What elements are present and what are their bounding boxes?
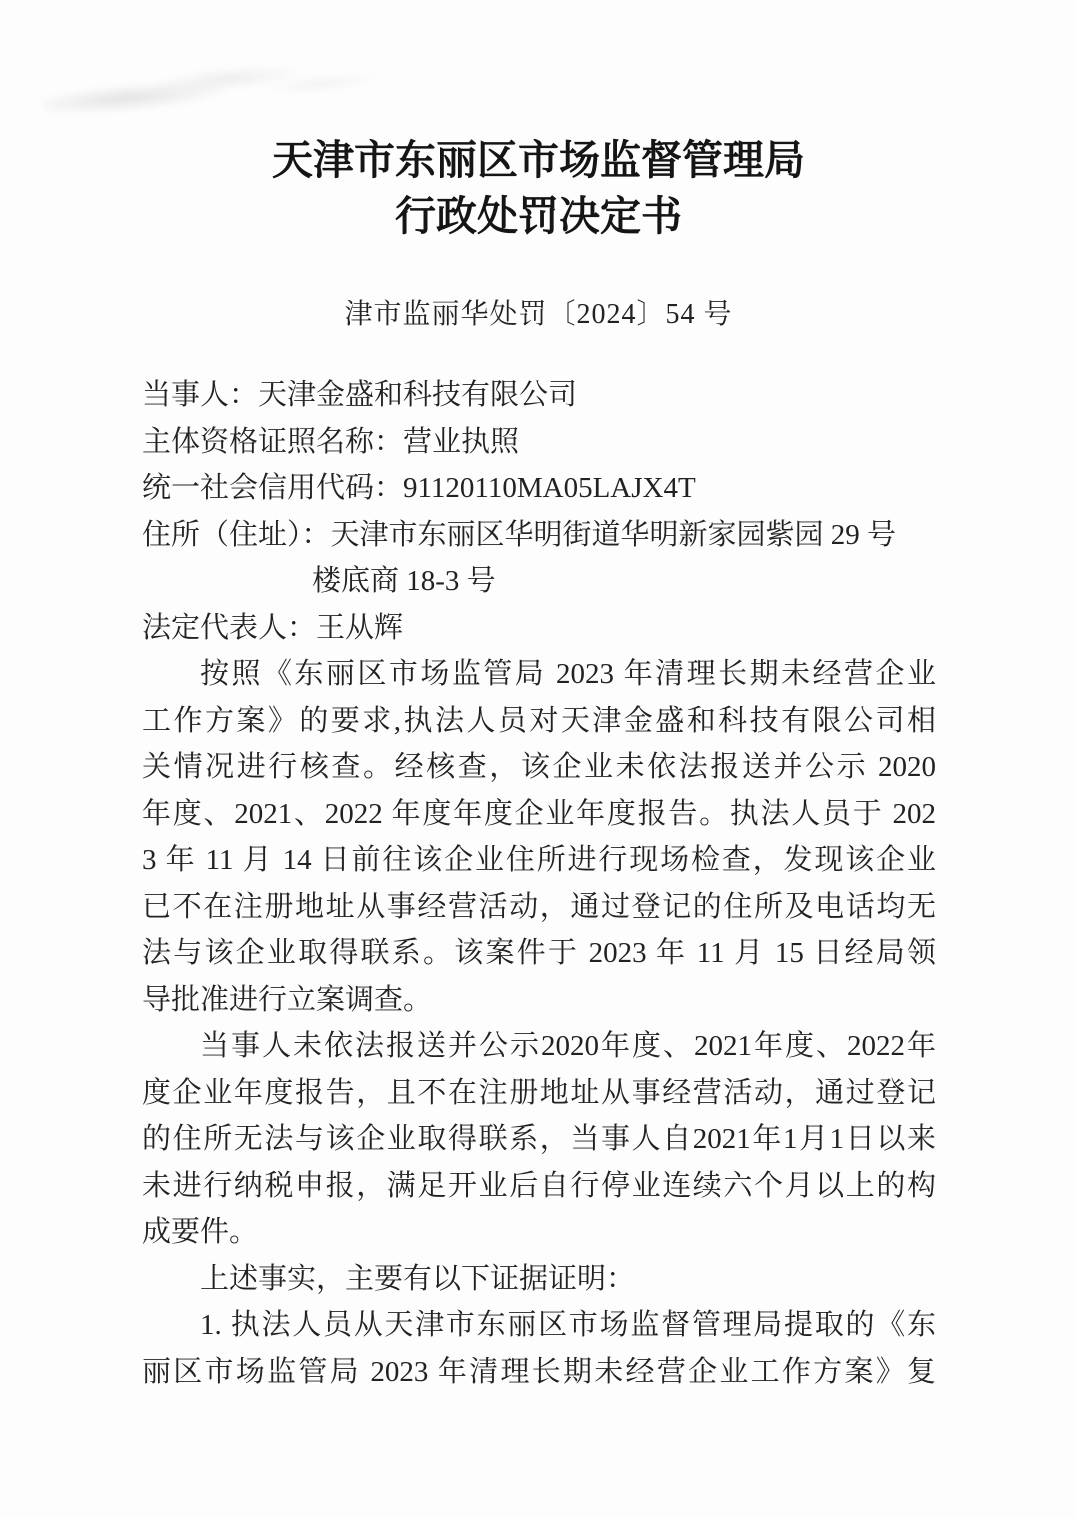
document-line: 已不在注册地址从事经营活动，通过登记的住所及电话均无	[142, 884, 936, 931]
document-line: 导批准进行立案调查。	[142, 977, 936, 1024]
document-line: 关情况进行核查。经核查，该企业未依法报送并公示 2020	[142, 744, 936, 791]
document-title-line1: 天津市东丽区市场监督管理局	[0, 132, 1077, 188]
document-line: 主体资格证照名称：营业执照	[142, 419, 936, 466]
document-line: 成要件。	[142, 1209, 936, 1256]
document-line: 未进行纳税申报，满足开业后自行停业连续六个月以上的构	[142, 1163, 936, 1210]
document-line: 住所（住址）：天津市东丽区华明街道华明新家园紫园 29 号	[142, 512, 936, 559]
document-line: 丽区市场监管局 2023 年清理长期未经营企业工作方案》复	[142, 1349, 936, 1396]
document-line: 的住所无法与该企业取得联系，当事人自2021年1月1日以来	[142, 1116, 936, 1163]
document-line: 1. 执法人员从天津市东丽区市场监督管理局提取的《东	[142, 1302, 936, 1349]
document-line: 上述事实，主要有以下证据证明：	[142, 1256, 936, 1303]
document-line: 按照《东丽区市场监管局 2023 年清理长期未经营企业	[142, 651, 936, 698]
document-number: 津市监丽华处罚〔2024〕54 号	[0, 292, 1077, 332]
document-page: 天津市东丽区市场监督管理局 行政处罚决定书 津市监丽华处罚〔2024〕54 号 …	[0, 0, 1077, 1518]
document-line: 当事人未依法报送并公示2020年度、2021年度、2022年	[142, 1023, 936, 1070]
document-line: 度企业年度报告，且不在注册地址从事经营活动，通过登记	[142, 1070, 936, 1117]
document-line: 统一社会信用代码：91120110MA05LAJX4T	[142, 465, 936, 512]
document-line: 楼底商 18-3 号	[142, 558, 936, 605]
document-line: 工作方案》的要求,执法人员对天津金盛和科技有限公司相	[142, 698, 936, 745]
document-line: 3 年 11 月 14 日前往该企业住所进行现场检查，发现该企业	[142, 837, 936, 884]
document-line: 法定代表人：王从辉	[142, 605, 936, 652]
document-line: 年度、2021、2022 年度年度企业年度报告。执法人员于 202	[142, 791, 936, 838]
document-line: 当事人：天津金盛和科技有限公司	[142, 372, 936, 419]
document-title-block: 天津市东丽区市场监督管理局 行政处罚决定书	[0, 0, 1077, 244]
document-line: 法与该企业取得联系。该案件于 2023 年 11 月 15 日经局领	[142, 930, 936, 977]
document-title-line2: 行政处罚决定书	[0, 188, 1077, 244]
document-body: 当事人：天津金盛和科技有限公司主体资格证照名称：营业执照统一社会信用代码：911…	[142, 372, 936, 1395]
